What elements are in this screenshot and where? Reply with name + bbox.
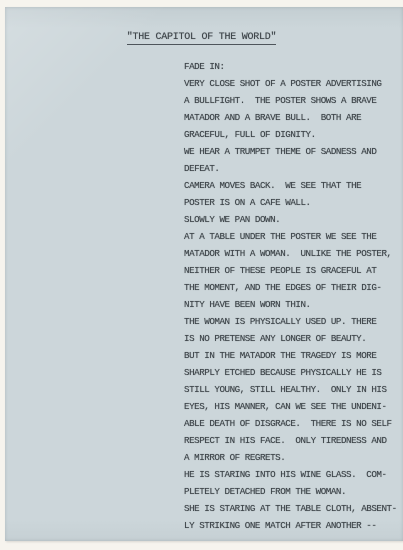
script-body: FADE IN: VERY CLOSE SHOT OF A POSTER ADV…	[184, 58, 397, 534]
scan-background: "THE CAPITOL OF THE WORLD" FADE IN: VERY…	[0, 0, 403, 550]
script-text: VERY CLOSE SHOT OF A POSTER ADVERTISING …	[184, 75, 397, 534]
document-title: "THE CAPITOL OF THE WORLD"	[127, 32, 277, 45]
title-row: "THE CAPITOL OF THE WORLD"	[0, 26, 403, 45]
fade-in-transition: FADE IN:	[184, 58, 397, 75]
